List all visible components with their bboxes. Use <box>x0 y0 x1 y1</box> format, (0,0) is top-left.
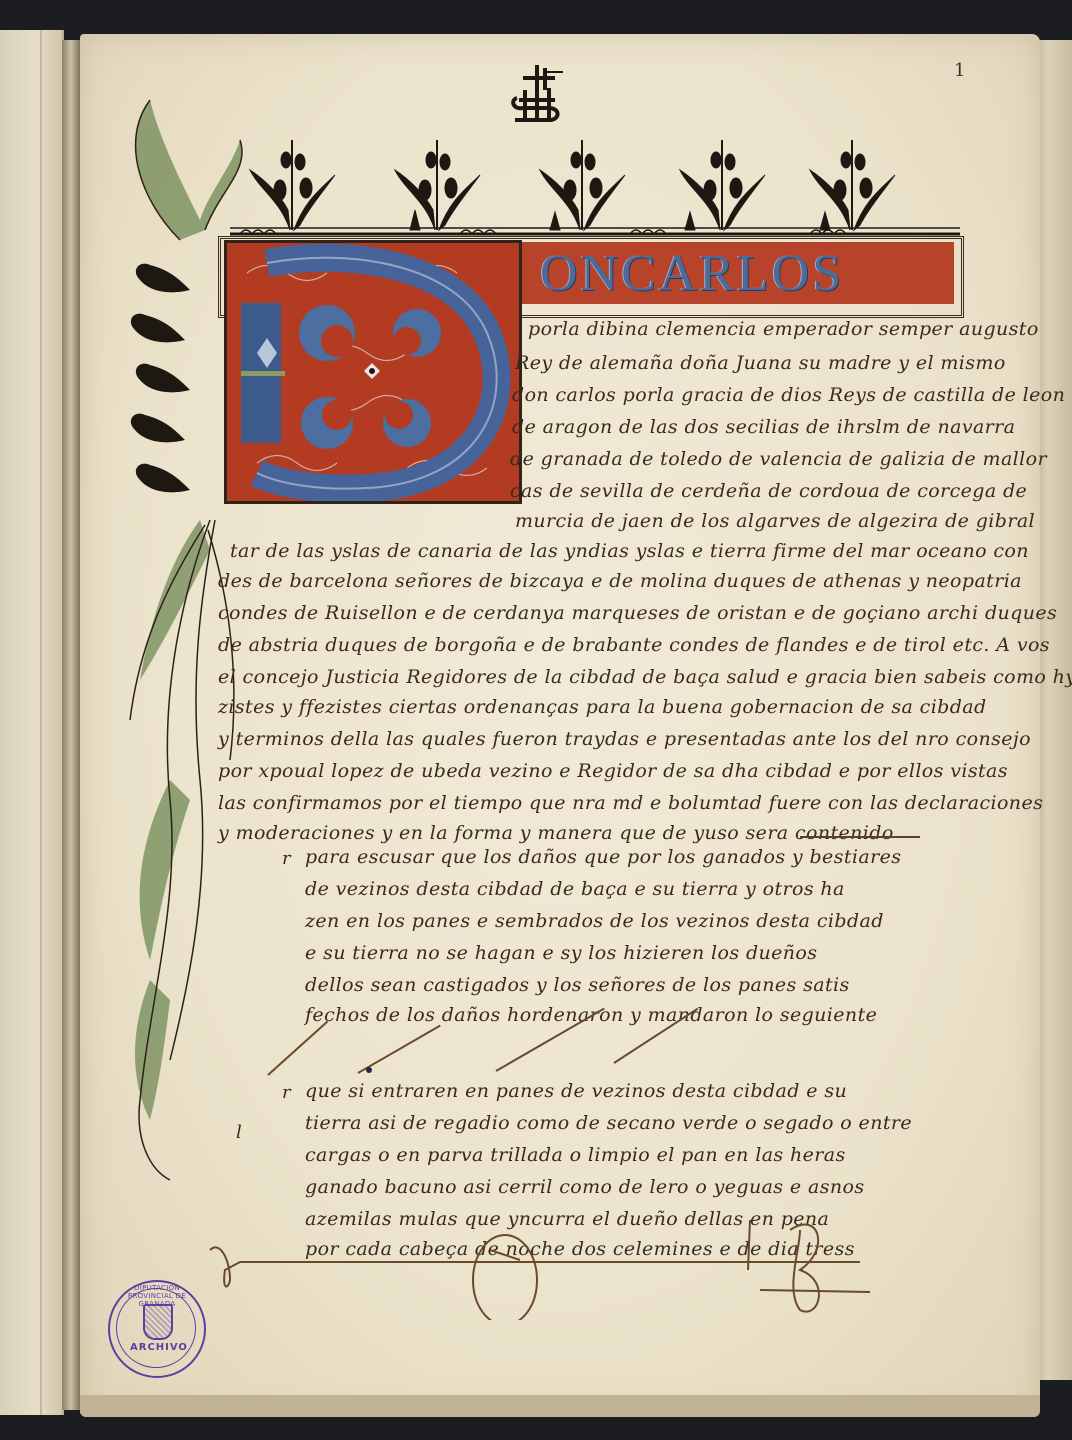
preamble-line: des de barcelona señores de bizcaya e de… <box>218 570 1022 592</box>
plant-motif <box>250 140 335 230</box>
paragraph-marker: r <box>282 848 291 869</box>
closing-rule-and-rubrics <box>200 1210 900 1320</box>
section-line: zen en los panes e sembrados de los vezi… <box>305 910 884 932</box>
preamble-line: y moderaciones y en la forma y manera qu… <box>218 822 894 844</box>
foliate-border-top <box>210 100 960 240</box>
preamble-line: murcia de jaen de los algarves de algezi… <box>515 510 1035 532</box>
section-line: dellos sean castigados y los señores de … <box>305 974 850 996</box>
initial-d-icon <box>227 243 519 501</box>
paragraph-marker: r <box>282 1082 291 1103</box>
preamble-line: el concejo Justicia Regidores de la cibd… <box>218 666 1072 688</box>
coat-of-arms-icon <box>143 1304 173 1340</box>
section-line: de vezinos desta cibdad de baça e su tie… <box>305 878 845 900</box>
stamp-bottom-text: ARCHIVO <box>130 1342 184 1353</box>
left-page-edge <box>0 30 64 1415</box>
preamble-line: tar de las yslas de canaria de las yndia… <box>230 540 1029 562</box>
preamble-line: las confirmamos por el tiempo que nra md… <box>218 792 1043 814</box>
folio-number: 1 <box>954 60 965 81</box>
preamble-line: zistes y ffezistes ciertas ordenanças pa… <box>218 696 987 718</box>
preamble-line: de aragon de las dos secilias de ihrslm … <box>512 416 1015 438</box>
preamble-line: de granada de toledo de valencia de gali… <box>510 448 1047 470</box>
left-page-crease <box>40 30 42 1415</box>
section-line: que si entraren en panes de vezinos dest… <box>305 1080 847 1102</box>
ink-dot <box>366 1067 372 1073</box>
page-bottom-edge <box>80 1395 1040 1417</box>
archive-stamp: DIPUTACION PROVINCIAL DE GRANADA ARCHIVO <box>108 1280 206 1378</box>
section-line: para escusar que los daños que por los g… <box>305 846 901 868</box>
margin-note: l <box>236 1122 242 1143</box>
preamble-line: porla dibina clemencia emperador semper … <box>528 318 1039 340</box>
binding-gutter <box>62 40 80 1410</box>
section-line: tierra asi de regadio como de secano ver… <box>305 1112 912 1134</box>
heading-title: ONCARLOS <box>540 244 844 304</box>
preamble-line: condes de Ruisellon e de cerdanya marque… <box>218 602 1057 624</box>
section-line: ganado bacuno asi cerril como de lero o … <box>305 1176 864 1198</box>
preamble-line: don carlos porla gracia de dios Reys de … <box>512 384 1065 406</box>
preamble-line: de abstria duques de borgoña e de braban… <box>218 634 1050 656</box>
preamble-line: por xpoual lopez de ubeda vezino e Regid… <box>218 760 1008 782</box>
preamble-line: y terminos della las quales fueron trayd… <box>218 728 1031 750</box>
illuminated-initial <box>224 240 522 504</box>
section-line: cargas o en parva trillada o limpio el p… <box>305 1144 846 1166</box>
preamble-line: Rey de alemaña doña Juana su madre y el … <box>515 352 1006 374</box>
line-filler-rule <box>800 836 920 838</box>
preamble-line: cas de sevilla de cerdeña de cordoua de … <box>510 480 1027 502</box>
section-line: e su tierra no se hagan e sy los hiziere… <box>305 942 817 964</box>
